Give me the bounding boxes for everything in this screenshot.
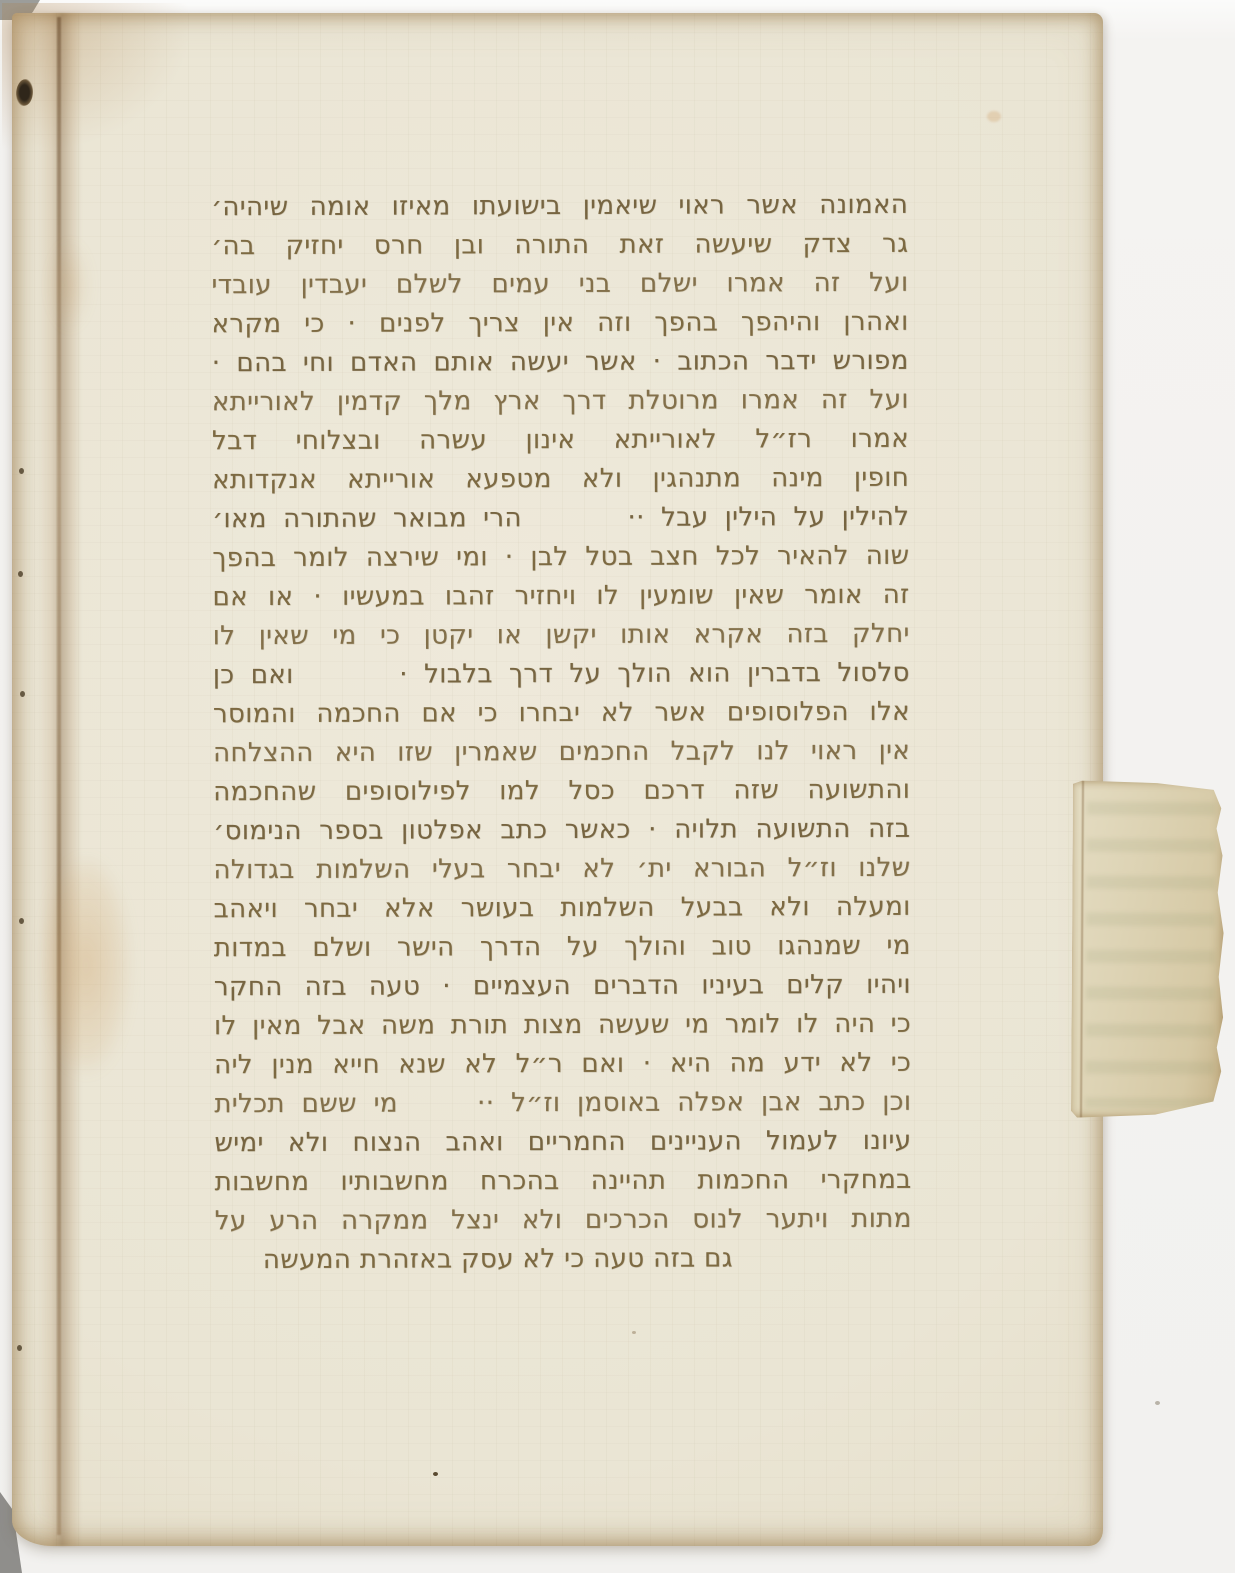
text-line: אלו הפלוסופים אשר לא יבחרו כי אם החכמה ו… xyxy=(213,693,910,734)
text-line: ואהרן והיהפך בהפך וזה אין צריך לפנים · כ… xyxy=(212,303,909,344)
repair-patch xyxy=(1071,781,1226,1119)
backdrop-speck xyxy=(1155,1401,1160,1405)
text-line: וכן כתב אבן אפלה באוסמן וז״ל ·· מי ששם ת… xyxy=(214,1083,911,1124)
wormhole xyxy=(17,1345,22,1351)
text-line: אמרו רז״ל לאורייתא אינון עשרה ובצלוחי דב… xyxy=(212,420,909,461)
text-line: זה אומר שאין שומעין לו ויחזיר זהבו במעשי… xyxy=(212,576,909,617)
wormhole xyxy=(19,918,24,924)
text-line: עיונו לעמול העניינים החמריים ואהב הנצוח … xyxy=(214,1122,911,1163)
text-line: כי היה לו לומר מי שעשה מצות תורת משה אבל… xyxy=(214,1005,911,1046)
text-line: שוה להאיר לכל חצב בטל לבן · ומי שירצה לו… xyxy=(212,537,909,578)
foxing-speck xyxy=(987,111,1001,122)
text-line: האמונה אשר ראוי שיאמין בישועתו מאיזו אומ… xyxy=(211,186,908,227)
wormhole xyxy=(19,468,24,474)
text-line: גם בזה טעה כי לא עסק באזהרת המעשה xyxy=(215,1239,912,1280)
text-line: סלסול בדברין הוא הולך על דרך בלבול · ואם… xyxy=(213,654,910,695)
text-block: האמונה אשר ראוי שיאמין בישועתו מאיזו אומ… xyxy=(211,186,912,1280)
patch-fold-line xyxy=(1080,781,1084,1118)
text-line: במחקרי החכמות תהיינה בהכרח מחשבותיו מחשב… xyxy=(214,1161,911,1202)
text-line: בזה התשועה תלויה · כאשר כתב אפלטון בספר … xyxy=(213,810,910,851)
foxing-speck xyxy=(632,1331,636,1334)
text-line: ויהיו קלים בעיניו הדברים העצמיים · טעה ב… xyxy=(214,966,911,1007)
text-line: חופין מינה מתנהגין ולא מטפעא אורייתא אנק… xyxy=(212,459,909,500)
text-line: שלנו וז״ל הבורא ית׳ לא יבחר בעלי השלמות … xyxy=(213,849,910,890)
text-line: והתשועה שזה דרכם כסל למו לפילוסופים שהחכ… xyxy=(213,771,910,812)
text-line: יחלק בזה אקרא אותו יקשן או יקטן כי מי שא… xyxy=(213,615,910,656)
show-through-text xyxy=(1085,791,1216,1109)
text-line: כי לא ידע מה היא · ואם ר״ל לא שנא חייא מ… xyxy=(214,1044,911,1085)
foxing-speck xyxy=(433,1472,438,1476)
text-line: מפורש ידבר הכתוב · אשר יעשה אותם האדם וח… xyxy=(212,342,909,383)
corner-browning-stain xyxy=(2,3,192,153)
manuscript-page: האמונה אשר ראוי שיאמין בישועתו מאיזו אומ… xyxy=(12,13,1103,1546)
text-line: גר צדק שיעשה זאת התורה ובן חרס יחזיק בה׳ xyxy=(211,225,908,266)
text-line: ומעלה ולא בבעל השלמות בעושר אלא יבחר ויא… xyxy=(214,888,911,929)
text-line: ועל זה אמרו מרוטלת דרך ארץ מלך קדמין לאו… xyxy=(212,381,909,422)
text-line: מי שמנהגו טוב והולך על הדרך הישר ושלם במ… xyxy=(214,927,911,968)
gutter-seam xyxy=(57,17,61,1535)
wormhole xyxy=(18,571,23,577)
text-line: אין ראוי לנו לקבל החכמים שאמרין שזו היא … xyxy=(213,732,910,773)
text-line: ועל זה אמרו ישלם בני עמים לשלם יעבדין עו… xyxy=(211,264,908,305)
text-line: להילין על הילין עבל ·· הרי מבואר שהתורה … xyxy=(212,498,909,539)
text-line: מתות ויתער לנוס הכרכים ולא ינצל ממקרה הר… xyxy=(215,1200,912,1241)
wormhole xyxy=(20,691,25,697)
